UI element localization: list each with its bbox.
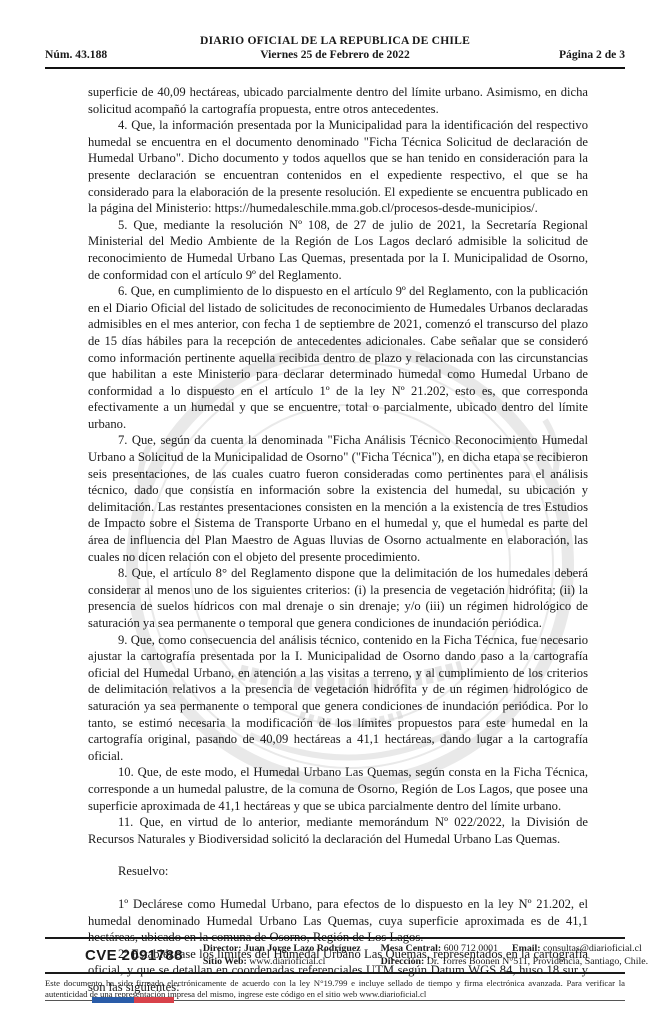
phone-label: Mesa Central: (381, 943, 442, 954)
footer-director-column: Director: Juan Jorge Lazo Rodríguez Siti… (203, 943, 361, 968)
resuelvo-heading: Resuelvo: (88, 863, 588, 880)
paragraph-7: 7. Que, según da cuenta la denominada "F… (88, 432, 588, 565)
paragraph-4: 4. Que, la información presentada por la… (88, 117, 588, 217)
paragraph-6: 6. Que, en cumplimiento de lo dispuesto … (88, 283, 588, 432)
phone-number: 600 712 0001 (444, 943, 498, 954)
email-label: Email: (512, 943, 541, 954)
flag-blue-segment (92, 997, 134, 1003)
paragraph-10: 10. Que, de este modo, el Humedal Urbano… (88, 764, 588, 814)
address-text: Dr. Torres Boonen N°511, Providencia, Sa… (427, 956, 648, 967)
footer-info-box: CVE 2091788 Director: Juan Jorge Lazo Ro… (45, 937, 625, 974)
page-header: DIARIO OFICIAL DE LA REPUBLICA DE CHILE … (45, 34, 625, 69)
paragraph-9: 9. Que, como consecuencia del análisis t… (88, 632, 588, 765)
website-label: Sitio Web: (203, 956, 247, 967)
paragraph-11: 11. Que, en virtud de lo anterior, media… (88, 814, 588, 847)
address-label: Dirección: (381, 956, 425, 967)
resolution-body: superficie de 40,09 hectáreas, ubicado p… (88, 84, 588, 995)
email-link[interactable]: consultas@diarioficial.cl (543, 943, 642, 954)
cve-code: CVE 2091788 (85, 947, 183, 964)
paragraph-8: 8. Que, el artículo 8° del Reglamento di… (88, 565, 588, 631)
director-label: Director: (203, 943, 242, 954)
date-line: Viernes 25 de Febrero de 2022 (45, 48, 625, 61)
page-indicator: Página 2 de 3 (559, 48, 625, 61)
paragraph-5: 5. Que, mediante la resolución Nº 108, d… (88, 217, 588, 283)
website-link[interactable]: www.diarioficial.cl (249, 956, 325, 967)
header-rule (45, 67, 625, 69)
flag-red-segment (134, 997, 174, 1003)
director-name: Juan Jorge Lazo Rodríguez (244, 943, 361, 954)
footer-contact-column: Mesa Central: 600 712 0001Email: consult… (381, 943, 648, 968)
paragraph-continuation: superficie de 40,09 hectáreas, ubicado p… (88, 84, 588, 117)
newspaper-title: DIARIO OFICIAL DE LA REPUBLICA DE CHILE (45, 34, 625, 47)
chile-flag-bar (92, 997, 174, 1003)
document-page: DIARIO OFICIAL DE LA REPUBLICA DE CHILE … (0, 0, 670, 1024)
